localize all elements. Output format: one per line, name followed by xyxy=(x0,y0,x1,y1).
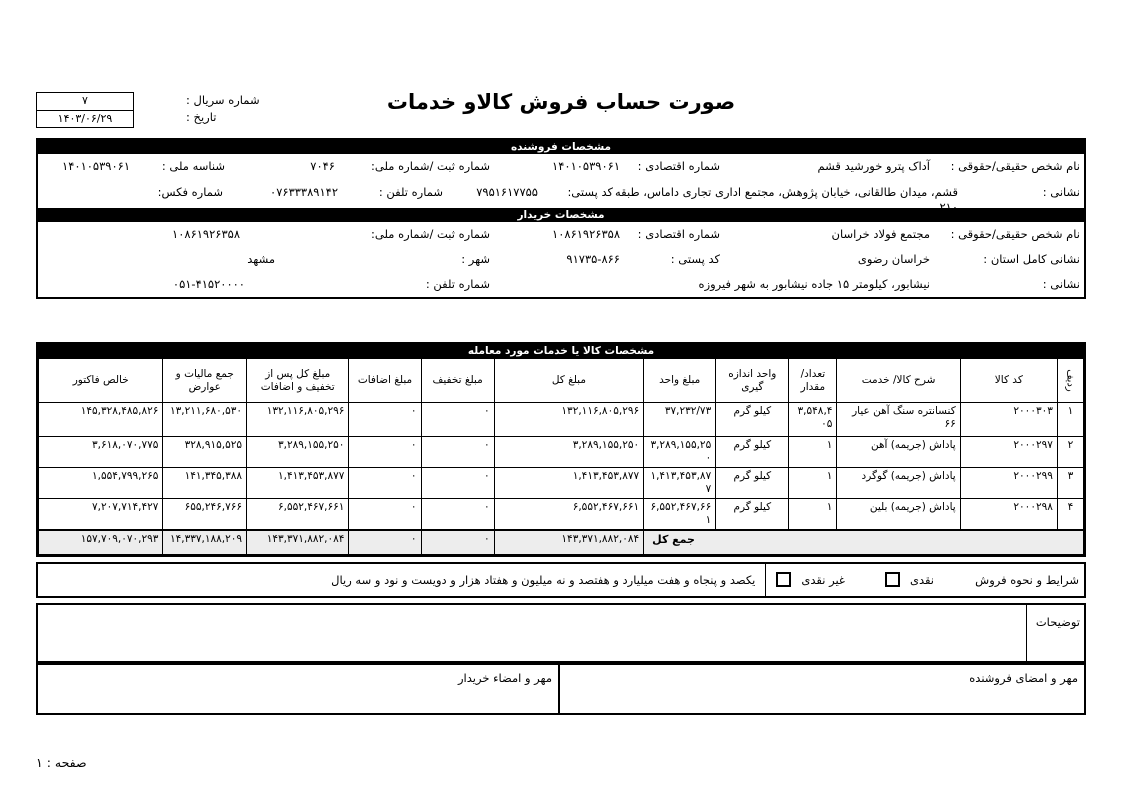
buyer-row-2: نشانی کامل استان : خراسان رضوی کد پستی :… xyxy=(38,247,1084,272)
item-cell: کیلو گرم xyxy=(716,403,789,437)
item-cell: ۶,۵۵۲,۴۶۷,۶۶۱ xyxy=(644,499,716,531)
item-row: ۴ ۲۰۰۰۲۹۸ پاداش (جریمه) بلین ۱ کیلو گرم … xyxy=(39,499,1084,531)
seller-reg-value: ۷۰۴۶ xyxy=(225,159,335,174)
buyer-province-value: خراسان رضوی xyxy=(720,252,930,267)
item-cell: ۱,۴۱۳,۴۵۳,۸۷۷ xyxy=(494,468,643,499)
item-cell: ۰ xyxy=(349,499,421,531)
col-header-unit-price: مبلغ واحد xyxy=(644,359,716,403)
item-cell: ۱۴۵,۳۲۸,۴۸۵,۸۲۶ xyxy=(39,403,163,437)
invoice-header: صورت حساب فروش کالاو خدمات شماره سریال :… xyxy=(36,90,1086,132)
item-cell: ۰ xyxy=(421,468,494,499)
item-cell: ۰ xyxy=(349,437,421,468)
item-cell: کیلو گرم xyxy=(716,499,789,531)
item-row: ۱ ۲۰۰۰۳۰۳ کنسانتره سنگ آهن عیار ۶۶ ۳,۵۴۸… xyxy=(39,403,1084,437)
item-cell: کیلو گرم xyxy=(716,468,789,499)
serial-date-labels: شماره سریال : تاریخ : xyxy=(186,92,301,126)
item-cell: ۳۲۸,۹۱۵,۵۲۵ xyxy=(163,437,247,468)
buyer-signature-cell: مهر و امضاء خریدار xyxy=(38,665,558,713)
item-cell: ۲۰۰۰۲۹۷ xyxy=(960,437,1057,468)
buyer-reg-value: ۱۰۸۶۱۹۲۶۳۵۸ xyxy=(44,227,240,242)
col-header-unit: واحد اندازه گیری xyxy=(716,359,789,403)
col-header-description: شرح کالا/ خدمت xyxy=(837,359,960,403)
total-amount-cell: ۱۴۳,۳۷۱,۸۸۲,۰۸۴ xyxy=(494,530,643,554)
item-cell: ۱۳۲,۱۱۶,۸۰۵,۲۹۶ xyxy=(247,403,349,437)
item-cell: پاداش (جریمه) بلین xyxy=(837,499,960,531)
item-cell: ۳,۲۸۹,۱۵۵,۲۵۰ xyxy=(494,437,643,468)
item-cell: ۳,۲۸۹,۱۵۵,۲۵۰ xyxy=(247,437,349,468)
items-table: ردیف کد کالا شرح کالا/ خدمت تعداد/ مقدار… xyxy=(38,358,1084,555)
cash-label: نقدی xyxy=(910,573,934,587)
item-cell: ۱۳,۲۱۱,۶۸۰,۵۳۰ xyxy=(163,403,247,437)
seller-fax-label: شماره فکس: xyxy=(143,185,223,200)
buyer-phone-value: ۰۵۱-۴۱۵۲۰۰۰۰ xyxy=(44,277,245,292)
col-header-tax: جمع مالیات و عوارض xyxy=(163,359,247,403)
seller-postal-label: کد پستی: xyxy=(538,185,613,200)
terms-section: شرایط و نحوه فروش نقدی غیر نقدی یکصد و پ… xyxy=(36,562,1086,598)
buyer-province-label: نشانی کامل استان : xyxy=(930,252,1080,267)
item-cell: ۰ xyxy=(349,403,421,437)
buyer-phone-label: شماره تلفن : xyxy=(385,277,490,292)
item-cell: ۰ xyxy=(421,403,494,437)
serial-label: شماره سریال : xyxy=(186,92,301,109)
item-cell: پاداش (جریمه) گوگرد xyxy=(837,468,960,499)
parties-section: مشخصات فروشنده نام شخص حقیقی/حقوقی : آدا… xyxy=(36,138,1086,299)
item-cell: کنسانتره سنگ آهن عیار ۶۶ xyxy=(837,403,960,437)
seller-national-id-label: شناسه ملی : xyxy=(130,159,225,174)
item-cell: ۳۷,۲۳۲/۷۳ xyxy=(644,403,716,437)
buyer-address-label: نشانی : xyxy=(930,277,1080,292)
item-row: ۲ ۲۰۰۰۲۹۷ پاداش (جریمه) آهن ۱ کیلو گرم ۳… xyxy=(39,437,1084,468)
total-net-cell: ۱۵۷,۷۰۹,۰۷۰,۲۹۳ xyxy=(39,530,163,554)
items-total-row: جمع کل ۱۴۳,۳۷۱,۸۸۲,۰۸۴ ۰ ۰ ۱۴۳,۳۷۱,۸۸۲,۰… xyxy=(39,530,1084,554)
col-header-quantity: تعداد/ مقدار xyxy=(789,359,837,403)
item-cell: ۳,۲۸۹,۱۵۵,۲۵۰ xyxy=(644,437,716,468)
item-cell: ۶۵۵,۲۴۶,۷۶۶ xyxy=(163,499,247,531)
item-cell: ۰ xyxy=(421,437,494,468)
seller-signature-cell: مهر و امضای فروشنده xyxy=(558,665,1084,713)
buyer-city-label: شهر : xyxy=(335,252,490,267)
item-cell: ۱۴۱,۳۴۵,۳۸۸ xyxy=(163,468,247,499)
col-header-total-amount: مبلغ کل xyxy=(494,359,643,403)
item-cell: ۱۳۲,۱۱۶,۸۰۵,۲۹۶ xyxy=(494,403,643,437)
items-header-row: ردیف کد کالا شرح کالا/ خدمت تعداد/ مقدار… xyxy=(39,359,1084,403)
buyer-row-1: نام شخص حقیقی/حقوقی : مجتمع فولاد خراسان… xyxy=(38,222,1084,247)
item-cell: ۶,۵۵۲,۴۶۷,۶۶۱ xyxy=(247,499,349,531)
item-cell: ۱,۵۵۴,۷۹۹,۲۶۵ xyxy=(39,468,163,499)
serial-date-box: ۷ ۱۴۰۳/۰۶/۲۹ xyxy=(36,92,134,128)
seller-row-2: نشانی : قشم، میدان طالقانی، خیابان پژوهش… xyxy=(38,180,1084,208)
item-cell: ۲۰۰۰۳۰۳ xyxy=(960,403,1057,437)
seller-phone-label: شماره تلفن : xyxy=(338,185,443,200)
item-cell: ۰ xyxy=(349,468,421,499)
page-footer: صفحه : ۱ xyxy=(36,755,1086,770)
item-cell: ۱ xyxy=(789,437,837,468)
col-header-additions: مبلغ اضافات xyxy=(349,359,421,403)
total-after-cell: ۱۴۳,۳۷۱,۸۸۲,۰۸۴ xyxy=(247,530,349,554)
seller-reg-label: شماره ثبت /شماره ملی: xyxy=(335,159,490,174)
buyer-name-value: مجتمع فولاد خراسان xyxy=(720,227,930,242)
buyer-postal-label: کد پستی : xyxy=(620,252,720,267)
buyer-section-header: مشخصات خریدار xyxy=(38,208,1084,222)
buyer-postal-value: ۹۱۷۳۵-۸۶۶ xyxy=(490,252,620,267)
seller-address-value: قشم، میدان طالقانی، خیابان پژوهش، مجتمع … xyxy=(613,185,958,208)
item-row: ۳ ۲۰۰۰۲۹۹ پاداش (جریمه) گوگرد ۱ کیلو گرم… xyxy=(39,468,1084,499)
item-cell: ۱,۴۱۳,۴۵۳,۸۷۷ xyxy=(247,468,349,499)
seller-national-id-value: ۱۴۰۱۰۵۳۹۰۶۱ xyxy=(44,159,130,174)
seller-row-1: نام شخص حقیقی/حقوقی : آداک پترو خورشید ق… xyxy=(38,154,1084,180)
invoice-content: صورت حساب فروش کالاو خدمات شماره سریال :… xyxy=(36,0,1086,770)
invoice-page: صورت حساب فروش کالاو خدمات شماره سریال :… xyxy=(0,0,1122,793)
total-tax-cell: ۱۴,۳۳۷,۱۸۸,۲۰۹ xyxy=(163,530,247,554)
buyer-city-value: مشهد xyxy=(44,252,275,267)
item-cell: ۳,۵۴۸,۴۰۵ xyxy=(789,403,837,437)
item-cell: ۲ xyxy=(1057,437,1083,468)
col-header-item-code: کد کالا xyxy=(960,359,1057,403)
col-header-row-number: ردیف xyxy=(1057,359,1083,403)
col-header-net: خالص فاکتور xyxy=(39,359,163,403)
col-header-discount: مبلغ تخفیف xyxy=(421,359,494,403)
serial-value: ۷ xyxy=(37,93,133,110)
buyer-name-label: نام شخص حقیقی/حقوقی : xyxy=(930,227,1080,242)
seller-postal-value: ۷۹۵۱۶۱۷۷۵۵ xyxy=(443,185,538,200)
seller-phone-value: ۰۷۶۳۳۳۸۹۱۴۲ xyxy=(223,185,338,200)
item-cell: ۱ xyxy=(789,468,837,499)
item-cell: ۳ xyxy=(1057,468,1083,499)
seller-address-label: نشانی : xyxy=(958,185,1080,200)
items-section: مشخصات کالا یا خدمات مورد معامله ردیف کد… xyxy=(36,342,1086,557)
item-cell: ۶,۵۵۲,۴۶۷,۶۶۱ xyxy=(494,499,643,531)
buyer-reg-label: شماره ثبت /شماره ملی: xyxy=(335,227,490,242)
date-value: ۱۴۰۳/۰۶/۲۹ xyxy=(37,110,133,127)
item-cell: ۳,۶۱۸,۰۷۰,۷۷۵ xyxy=(39,437,163,468)
item-cell: ۰ xyxy=(421,499,494,531)
buyer-economic-value: ۱۰۸۶۱۹۲۶۳۵۸ xyxy=(490,227,620,242)
item-cell: ۱ xyxy=(1057,403,1083,437)
noncash-checkbox[interactable] xyxy=(776,572,791,587)
item-cell: پاداش (جریمه) آهن xyxy=(837,437,960,468)
terms-label: شرایط و نحوه فروش xyxy=(934,573,1084,587)
amount-in-words: یکصد و پنجاه و هفت میلیارد و هفتصد و نه … xyxy=(38,564,766,596)
buyer-economic-label: شماره اقتصادی : xyxy=(620,227,720,242)
date-label: تاریخ : xyxy=(186,109,301,126)
seller-section-header: مشخصات فروشنده xyxy=(38,140,1084,154)
items-section-header: مشخصات کالا یا خدمات مورد معامله xyxy=(38,344,1084,358)
col-header-total-after: مبلغ کل پس از تخفیف و اضافات xyxy=(247,359,349,403)
item-cell: ۲۰۰۰۲۹۹ xyxy=(960,468,1057,499)
seller-name-label: نام شخص حقیقی/حقوقی : xyxy=(930,159,1080,174)
seller-name-value: آداک پترو خورشید قشم xyxy=(720,159,930,174)
notes-section: توضیحات xyxy=(36,603,1086,663)
item-cell: کیلو گرم xyxy=(716,437,789,468)
seller-economic-label: شماره اقتصادی : xyxy=(620,159,720,174)
signatures-section: مهر و امضای فروشنده مهر و امضاء خریدار xyxy=(36,663,1086,715)
grand-total-label: جمع کل xyxy=(644,530,1084,554)
notes-label: توضیحات xyxy=(1026,605,1084,661)
seller-economic-value: ۱۴۰۱۰۵۳۹۰۶۱ xyxy=(490,159,620,174)
item-cell: ۷,۲۰۷,۷۱۴,۴۲۷ xyxy=(39,499,163,531)
noncash-label: غیر نقدی xyxy=(801,573,845,587)
item-cell: ۲۰۰۰۲۹۸ xyxy=(960,499,1057,531)
total-discount-cell: ۰ xyxy=(421,530,494,554)
buyer-row-3: نشانی : نیشابور، کیلومتر ۱۵ جاده نیشابور… xyxy=(38,272,1084,297)
cash-checkbox[interactable] xyxy=(885,572,900,587)
buyer-address-value: نیشابور، کیلومتر ۱۵ جاده نیشابور به شهر … xyxy=(490,277,930,292)
item-cell: ۱,۴۱۳,۴۵۳,۸۷۷ xyxy=(644,468,716,499)
notes-body xyxy=(38,605,1026,661)
total-additions-cell: ۰ xyxy=(349,530,421,554)
item-cell: ۴ xyxy=(1057,499,1083,531)
item-cell: ۱ xyxy=(789,499,837,531)
page-number-label: صفحه : ۱ xyxy=(36,755,87,770)
